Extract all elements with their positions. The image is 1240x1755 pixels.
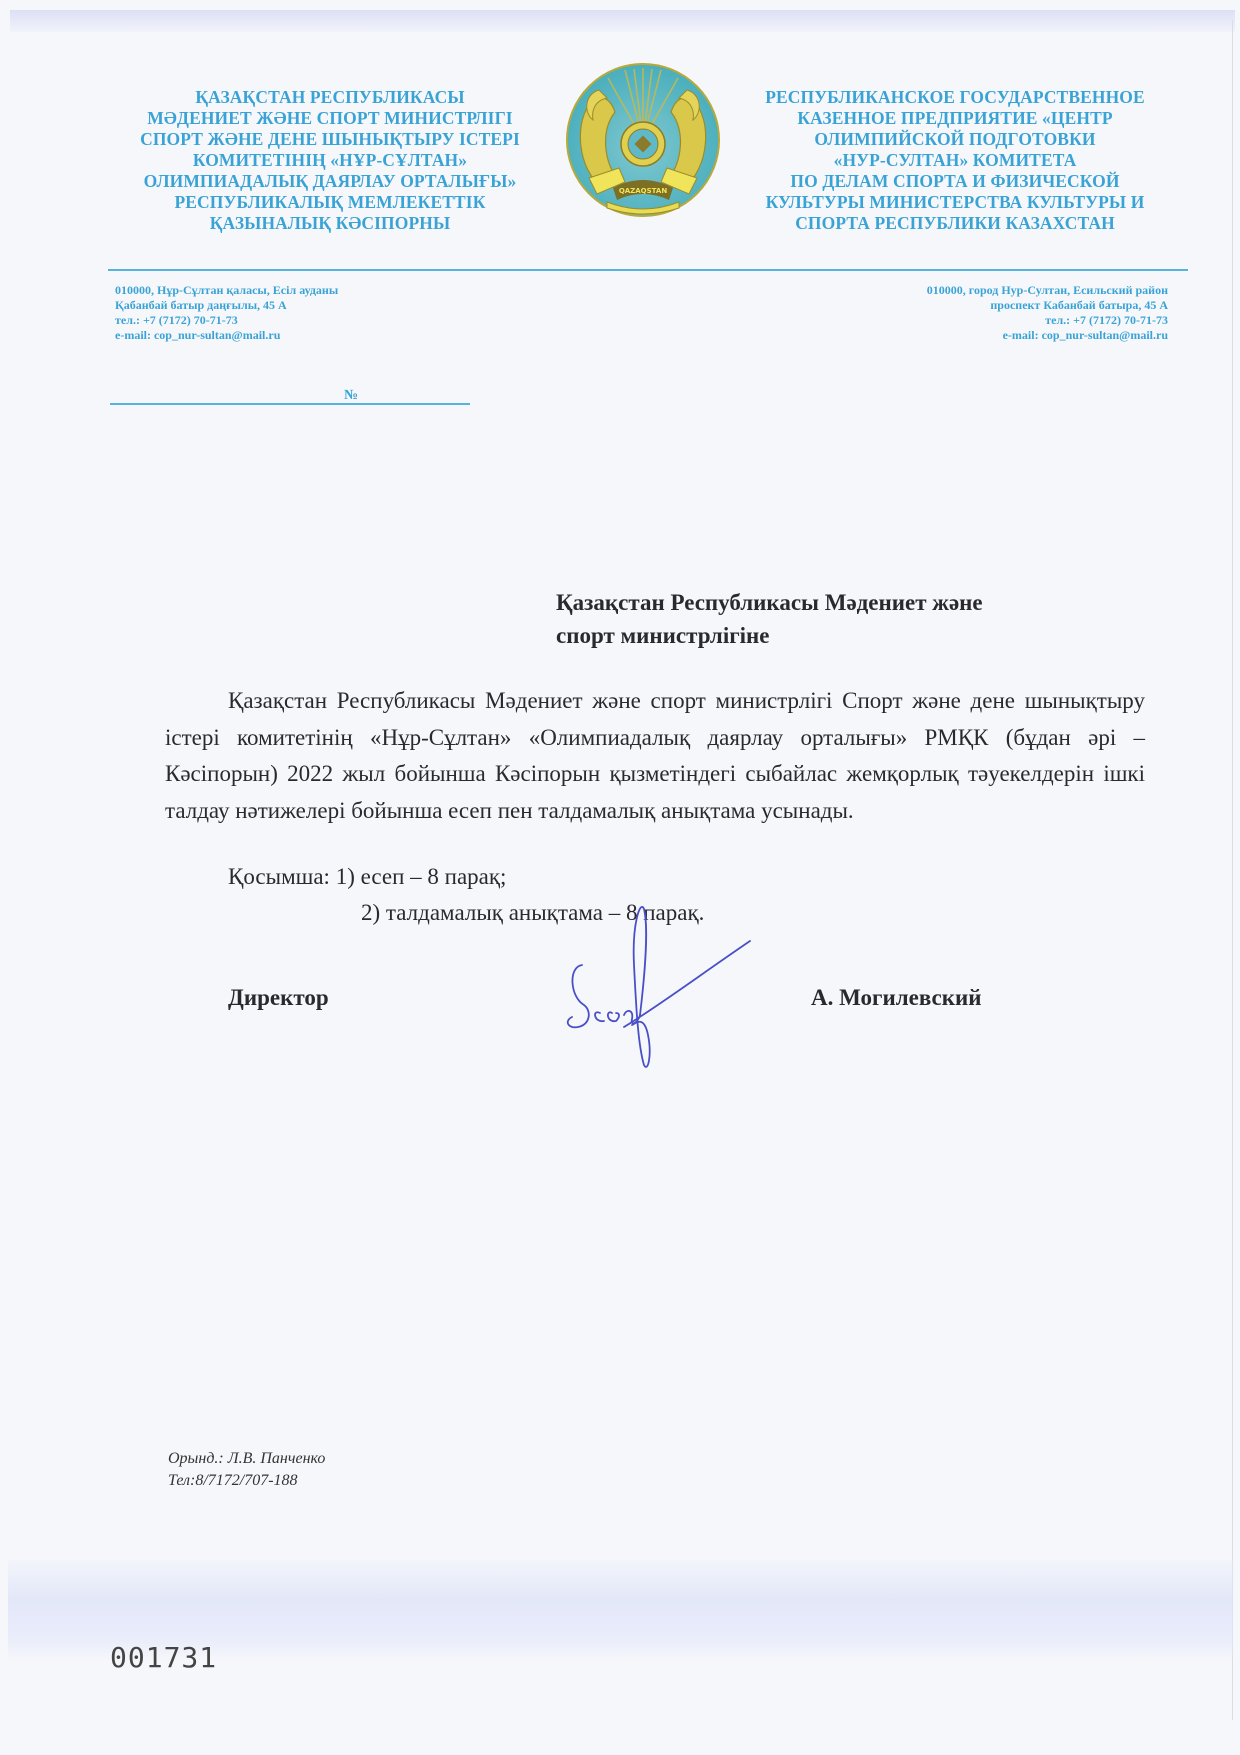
- executor-phone: Тел:8/7172/707-188: [168, 1470, 325, 1492]
- kazakhstan-coat-of-arms-icon: QAZAQSTAN: [563, 60, 723, 220]
- org-kz-line: СПОРТ ЖӘНЕ ДЕНЕ ШЫНЫҚТЫРУ ІСТЕРІ: [105, 129, 555, 150]
- address-kz-line: 010000, Нұр-Сұлтан қаласы, Есіл ауданы: [115, 283, 338, 298]
- executor-note: Орынд.: Л.В. Панченко Тел:8/7172/707-188: [168, 1448, 325, 1492]
- recipient-block: Қазақстан Республикасы Мәдениет және спо…: [556, 586, 1116, 652]
- letterhead-org-ru: РЕСПУБЛИКАНСКОЕ ГОСУДАРСТВЕННОЕ КАЗЕННОЕ…: [725, 87, 1185, 234]
- attachment-item-1: Қосымша: 1) есеп – 8 парақ;: [228, 864, 506, 890]
- signatory-name: А. Могилевский: [811, 985, 982, 1011]
- number-sign: №: [344, 388, 358, 404]
- address-ru: 010000, город Нур-Султан, Есильский райо…: [927, 283, 1168, 343]
- recipient-line: спорт министрлігіне: [556, 619, 1116, 652]
- handwritten-signature-icon: [520, 905, 760, 1075]
- org-kz-line: РЕСПУБЛИКАЛЫҚ МЕМЛЕКЕТТІК: [105, 192, 555, 213]
- org-ru-line: РЕСПУБЛИКАНСКОЕ ГОСУДАРСТВЕННОЕ: [725, 87, 1185, 108]
- letterhead-divider: [108, 269, 1188, 271]
- org-kz-line: МӘДЕНИЕТ ЖӘНЕ СПОРТ МИНИСТРЛІГІ: [105, 108, 555, 129]
- org-kz-line: ОЛИМПИАДАЛЫҚ ДАЯРЛАУ ОРТАЛЫҒЫ»: [105, 171, 555, 192]
- org-kz-line: КОМИТЕТІНІҢ «НҰР-СҰЛТАН»: [105, 150, 555, 171]
- address-ru-line: 010000, город Нур-Султан, Есильский райо…: [927, 283, 1168, 298]
- address-ru-line: проспект Кабанбай батыра, 45 А: [927, 298, 1168, 313]
- org-ru-line: СПОРТА РЕСПУБЛИКИ КАЗАХСТАН: [725, 213, 1185, 234]
- letterhead-org-kz: ҚАЗАҚСТАН РЕСПУБЛИКАСЫ МӘДЕНИЕТ ЖӘНЕ СПО…: [105, 87, 555, 234]
- address-kz: 010000, Нұр-Сұлтан қаласы, Есіл ауданы Қ…: [115, 283, 338, 343]
- scan-artifact-top: [10, 10, 1235, 32]
- executor-name: Орынд.: Л.В. Панченко: [168, 1448, 325, 1470]
- document-page: ҚАЗАҚСТАН РЕСПУБЛИКАСЫ МӘДЕНИЕТ ЖӘНЕ СПО…: [0, 0, 1240, 1755]
- address-kz-email: e-mail: cop_nur-sultan@mail.ru: [115, 328, 338, 343]
- signatory-title: Директор: [228, 985, 329, 1011]
- recipient-line: Қазақстан Республикасы Мәдениет және: [556, 586, 1116, 619]
- org-kz-line: ҚАЗЫНАЛЫҚ КӘСІПОРНЫ: [105, 213, 555, 234]
- org-ru-line: КАЗЕННОЕ ПРЕДПРИЯТИЕ «ЦЕНТР: [725, 108, 1185, 129]
- address-kz-line: Қабанбай батыр даңғылы, 45 А: [115, 298, 338, 313]
- address-ru-email: e-mail: cop_nur-sultan@mail.ru: [927, 328, 1168, 343]
- org-kz-line: ҚАЗАҚСТАН РЕСПУБЛИКАСЫ: [105, 87, 555, 108]
- reference-blank-line: [110, 403, 470, 405]
- org-ru-line: КУЛЬТУРЫ МИНИСТЕРСТВА КУЛЬТУРЫ И: [725, 192, 1185, 213]
- address-kz-phone: тел.: +7 (7172) 70-71-73: [115, 313, 338, 328]
- body-paragraph: Қазақстан Республикасы Мәдениет және спо…: [165, 683, 1145, 829]
- org-ru-line: ПО ДЕЛАМ СПОРТА И ФИЗИЧЕСКОЙ: [725, 171, 1185, 192]
- address-ru-phone: тел.: +7 (7172) 70-71-73: [927, 313, 1168, 328]
- org-ru-line: ОЛИМПИЙСКОЙ ПОДГОТОВКИ: [725, 129, 1185, 150]
- letter-body: Қазақстан Республикасы Мәдениет және спо…: [165, 683, 1145, 829]
- serial-number: 001731: [110, 1641, 217, 1674]
- page-edge: [1232, 20, 1233, 1720]
- svg-text:QAZAQSTAN: QAZAQSTAN: [619, 187, 668, 195]
- org-ru-line: «НУР-СУЛТАН» КОМИТЕТА: [725, 150, 1185, 171]
